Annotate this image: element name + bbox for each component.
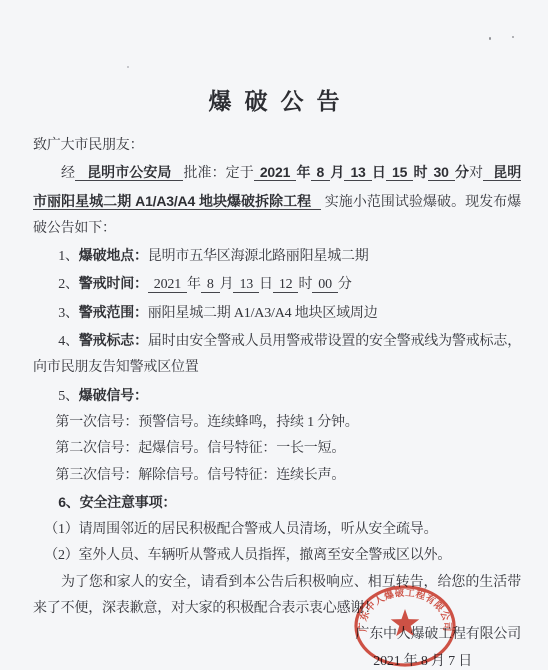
month-unit: 月 xyxy=(330,164,344,180)
safety-note-2: （2）室外人员、车辆听从警戒人员指挥，撤离至安全警戒区以外。 xyxy=(33,543,521,569)
signature-date: 2021 年 8 月 7 日 xyxy=(33,649,521,670)
alert-year-blank: 2021 xyxy=(148,277,187,293)
alert-month-blank: 8 xyxy=(201,277,220,293)
scan-speck xyxy=(127,66,129,68)
signal-third-line: 第三次信号：解除信号。信号特征：连续长声。 xyxy=(33,463,521,489)
page-title: 爆破公告 xyxy=(0,83,548,116)
item-number: 6、 xyxy=(58,494,79,510)
item-label: 警戒时间： xyxy=(79,275,148,291)
month-unit: 月 xyxy=(220,277,234,292)
day-unit: 日 xyxy=(372,164,386,180)
item-safety-notes: 6、安全注意事项： xyxy=(33,489,521,517)
item-number: 1、 xyxy=(58,249,79,264)
minute-unit: 分 xyxy=(455,164,469,180)
item-alert-range: 3、警戒范围：丽阳星城二期 A1/A3/A4 地块区域周边 xyxy=(33,299,521,327)
signal-second-line: 第二次信号：起爆信号。信号特征：一长一短。 xyxy=(33,436,521,462)
blast-hour-blank: 15 xyxy=(386,164,413,181)
safety-note-1: （1）请周围邻近的居民积极配合警戒人员清场，听从安全疏导。 xyxy=(33,517,521,543)
year-unit: 年 xyxy=(187,277,201,292)
alert-minute-blank: 00 xyxy=(312,277,338,293)
item-alert-time: 2、警戒时间：2021年8月13日12时00分 xyxy=(33,270,521,298)
signature-company: 广东中人爆破工程有限公司 xyxy=(33,622,521,648)
item-blast-signal: 5、爆破信号： xyxy=(33,382,521,410)
alert-day-blank: 13 xyxy=(233,277,259,293)
hour-unit: 时 xyxy=(298,277,312,292)
hour-unit: 时 xyxy=(413,164,427,180)
approval-mid-text: 批准：定于 xyxy=(183,166,253,181)
item-label: 爆破地点： xyxy=(79,247,148,263)
approval-pre-text: 经 xyxy=(61,166,75,181)
minute-unit: 分 xyxy=(338,277,352,292)
approval-paragraph: 经昆明市公安局批准：定于2021年8月13日15时30分对昆明市丽阳星城二期 A… xyxy=(33,159,521,242)
item-label: 安全注意事项： xyxy=(80,494,177,510)
scan-speck xyxy=(489,37,491,40)
blasting-notice-document: 爆破公告 致广大市民朋友： 经昆明市公安局批准：定于2021年8月13日15时3… xyxy=(0,0,548,670)
year-unit: 年 xyxy=(296,164,310,180)
notice-body: 致广大市民朋友： 经昆明市公安局批准：定于2021年8月13日15时30分对昆明… xyxy=(33,133,521,670)
item-number: 4、 xyxy=(58,334,79,349)
item-alert-sign: 4、警戒标志：届时由安全警戒人员用警戒带设置的安全警戒线为警戒标志，向市民朋友告… xyxy=(33,327,521,382)
item-label: 警戒范围： xyxy=(79,304,148,320)
scan-speck xyxy=(512,36,514,38)
alert-hour-blank: 12 xyxy=(273,277,299,293)
blast-year-blank: 2021 xyxy=(254,164,296,181)
blast-month-blank: 8 xyxy=(311,164,331,181)
item-value: 昆明市五华区海源北路丽阳星城二期 xyxy=(148,249,369,264)
blast-day-blank: 13 xyxy=(344,164,371,181)
item-number: 3、 xyxy=(58,306,79,321)
approval-authority-blank: 昆明市公安局 xyxy=(75,164,183,181)
approval-conj-text: 对 xyxy=(469,166,483,181)
item-label: 警戒标志： xyxy=(79,332,148,348)
salutation-line: 致广大市民朋友： xyxy=(33,133,521,159)
day-unit: 日 xyxy=(259,277,273,292)
blast-minute-blank: 30 xyxy=(428,164,455,181)
closing-paragraph: 为了您和家人的安全，请看到本公告后积极响应、相互转告，给您的生活带来了不便，深表… xyxy=(33,570,521,623)
item-value: 丽阳星城二期 A1/A3/A4 地块区域周边 xyxy=(148,306,378,321)
item-number: 5、 xyxy=(58,389,79,404)
item-label: 爆破信号： xyxy=(79,387,148,403)
signal-first-line: 第一次信号：预警信号。连续蜂鸣，持续 1 分钟。 xyxy=(33,410,521,436)
item-number: 2、 xyxy=(58,277,79,292)
item-blast-location: 1、爆破地点：昆明市五华区海源北路丽阳星城二期 xyxy=(33,242,521,270)
